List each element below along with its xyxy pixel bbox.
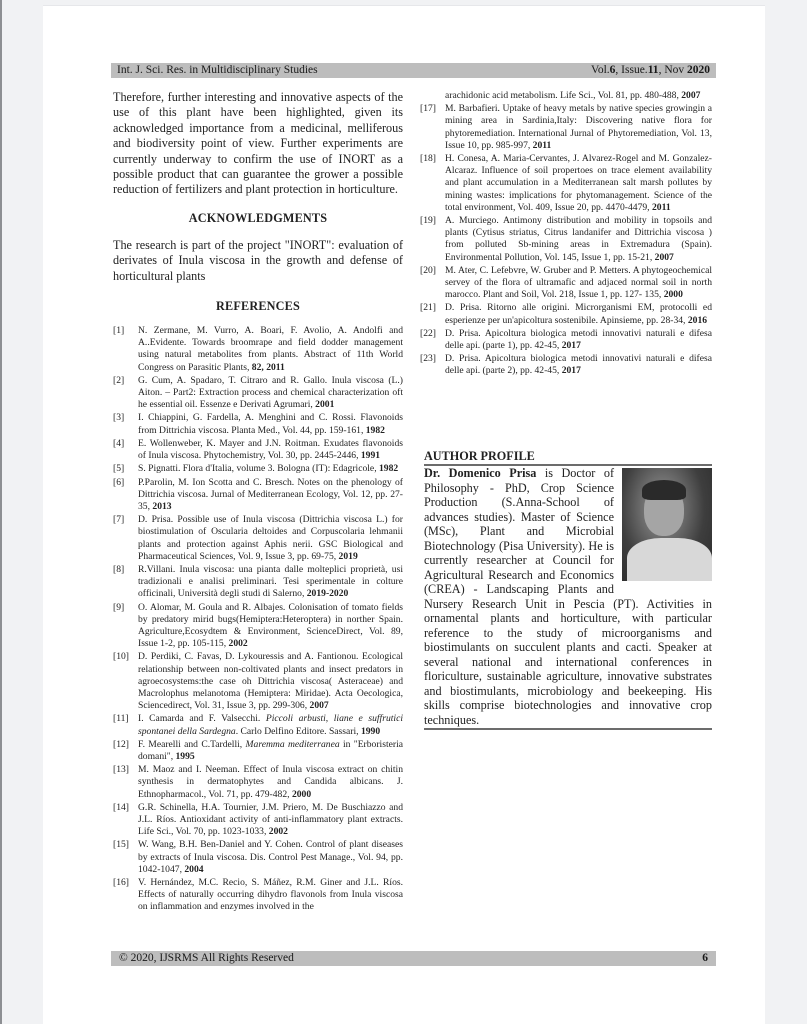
left-column: Therefore, further interesting and innov…	[113, 90, 403, 915]
reference-item: [20]M. Ater, C. Lefebvre, W. Gruber and …	[420, 265, 712, 302]
reference-item: [13]M. Maoz and I. Neeman. Effect of Inu…	[113, 764, 403, 801]
issue-info: Vol.6, Issue.11, Nov 2020	[591, 63, 710, 78]
right-column: arachidonic acid metabolism. Life Sci., …	[420, 90, 712, 379]
reference-item: [7]D. Prisa. Possible use of Inula visco…	[113, 514, 403, 563]
conclusion-paragraph: Therefore, further interesting and innov…	[113, 90, 403, 198]
references-heading: REFERENCES	[113, 299, 403, 314]
acknowledgments-text: The research is part of the project "INO…	[113, 238, 403, 284]
reference-item: [10]D. Perdiki, C. Favas, D. Lykouressis…	[113, 651, 403, 712]
page-number: 6	[702, 951, 708, 966]
reference-item: [6]P.Parolin, M. Ion Scotta and C. Bresc…	[113, 477, 403, 514]
author-bio: Dr. Domenico Prisa is Doctor of Philosop…	[424, 466, 712, 727]
reference-item: [14]G.R. Schinella, H.A. Tournier, J.M. …	[113, 802, 403, 839]
author-bottom-rule	[424, 728, 712, 730]
author-profile: AUTHOR PROFILE Dr. Domenico Prisa is Doc…	[424, 449, 712, 730]
reference-item: [3]I. Chiappini, G. Fardella, A. Menghin…	[113, 412, 403, 436]
copyright: © 2020, IJSRMS All Rights Reserved	[119, 951, 294, 966]
reference-item: [23]D. Prisa. Apicoltura biologica metod…	[420, 353, 712, 377]
reference-item: [17]M. Barbafieri. Uptake of heavy metal…	[420, 103, 712, 152]
reference-item: [8]R.Villani. Inula viscosa: una pianta …	[113, 564, 403, 601]
reference-item: [16]V. Hernández, M.C. Recio, S. Máñez, …	[113, 877, 403, 914]
reference-item: [11]I. Camarda and F. Valsecchi. Piccoli…	[113, 713, 403, 737]
reference-item: [4]E. Wollenweber, K. Mayer and J.N. Roi…	[113, 438, 403, 462]
reference-item: [1]N. Zermane, M. Vurro, A. Boari, F. Av…	[113, 325, 403, 374]
reference-list-right: [17]M. Barbafieri. Uptake of heavy metal…	[420, 103, 712, 377]
reference-item: [9]O. Alomar, M. Goula and R. Albajes. C…	[113, 602, 403, 651]
reference-item: [2]G. Cum, A. Spadaro, T. Citraro and R.…	[113, 375, 403, 412]
reference-item: [22]D. Prisa. Apicoltura biologica metod…	[420, 328, 712, 352]
reference-list-left: [1]N. Zermane, M. Vurro, A. Boari, F. Av…	[113, 325, 403, 914]
running-header: Int. J. Sci. Res. in Multidisciplinary S…	[111, 63, 716, 78]
reference-item: [12]F. Mearelli and C.Tardelli, Maremma …	[113, 739, 403, 763]
journal-name: Int. J. Sci. Res. in Multidisciplinary S…	[117, 63, 318, 78]
author-name: Dr. Domenico Prisa	[424, 466, 536, 480]
reference-item: [15]W. Wang, B.H. Ben-Daniel and Y. Cohe…	[113, 839, 403, 876]
author-profile-heading: AUTHOR PROFILE	[424, 449, 712, 466]
reference-item: [5]S. Pignatti. Flora d'Italia, volume 3…	[113, 463, 403, 475]
running-footer: © 2020, IJSRMS All Rights Reserved 6	[111, 951, 716, 966]
reference-item: [18]H. Conesa, A. Maria-Cervantes, J. Al…	[420, 153, 712, 214]
author-photo	[622, 468, 712, 581]
viewer-left-edge	[0, 0, 2, 1024]
acknowledgments-heading: ACKNOWLEDGMENTS	[113, 211, 403, 226]
reference-item: [19]A. Murciego. Antimony distribution a…	[420, 215, 712, 264]
reference-16-continuation: arachidonic acid metabolism. Life Sci., …	[420, 90, 712, 102]
reference-item: [21]D. Prisa. Ritorno alle origini. Micr…	[420, 302, 712, 326]
